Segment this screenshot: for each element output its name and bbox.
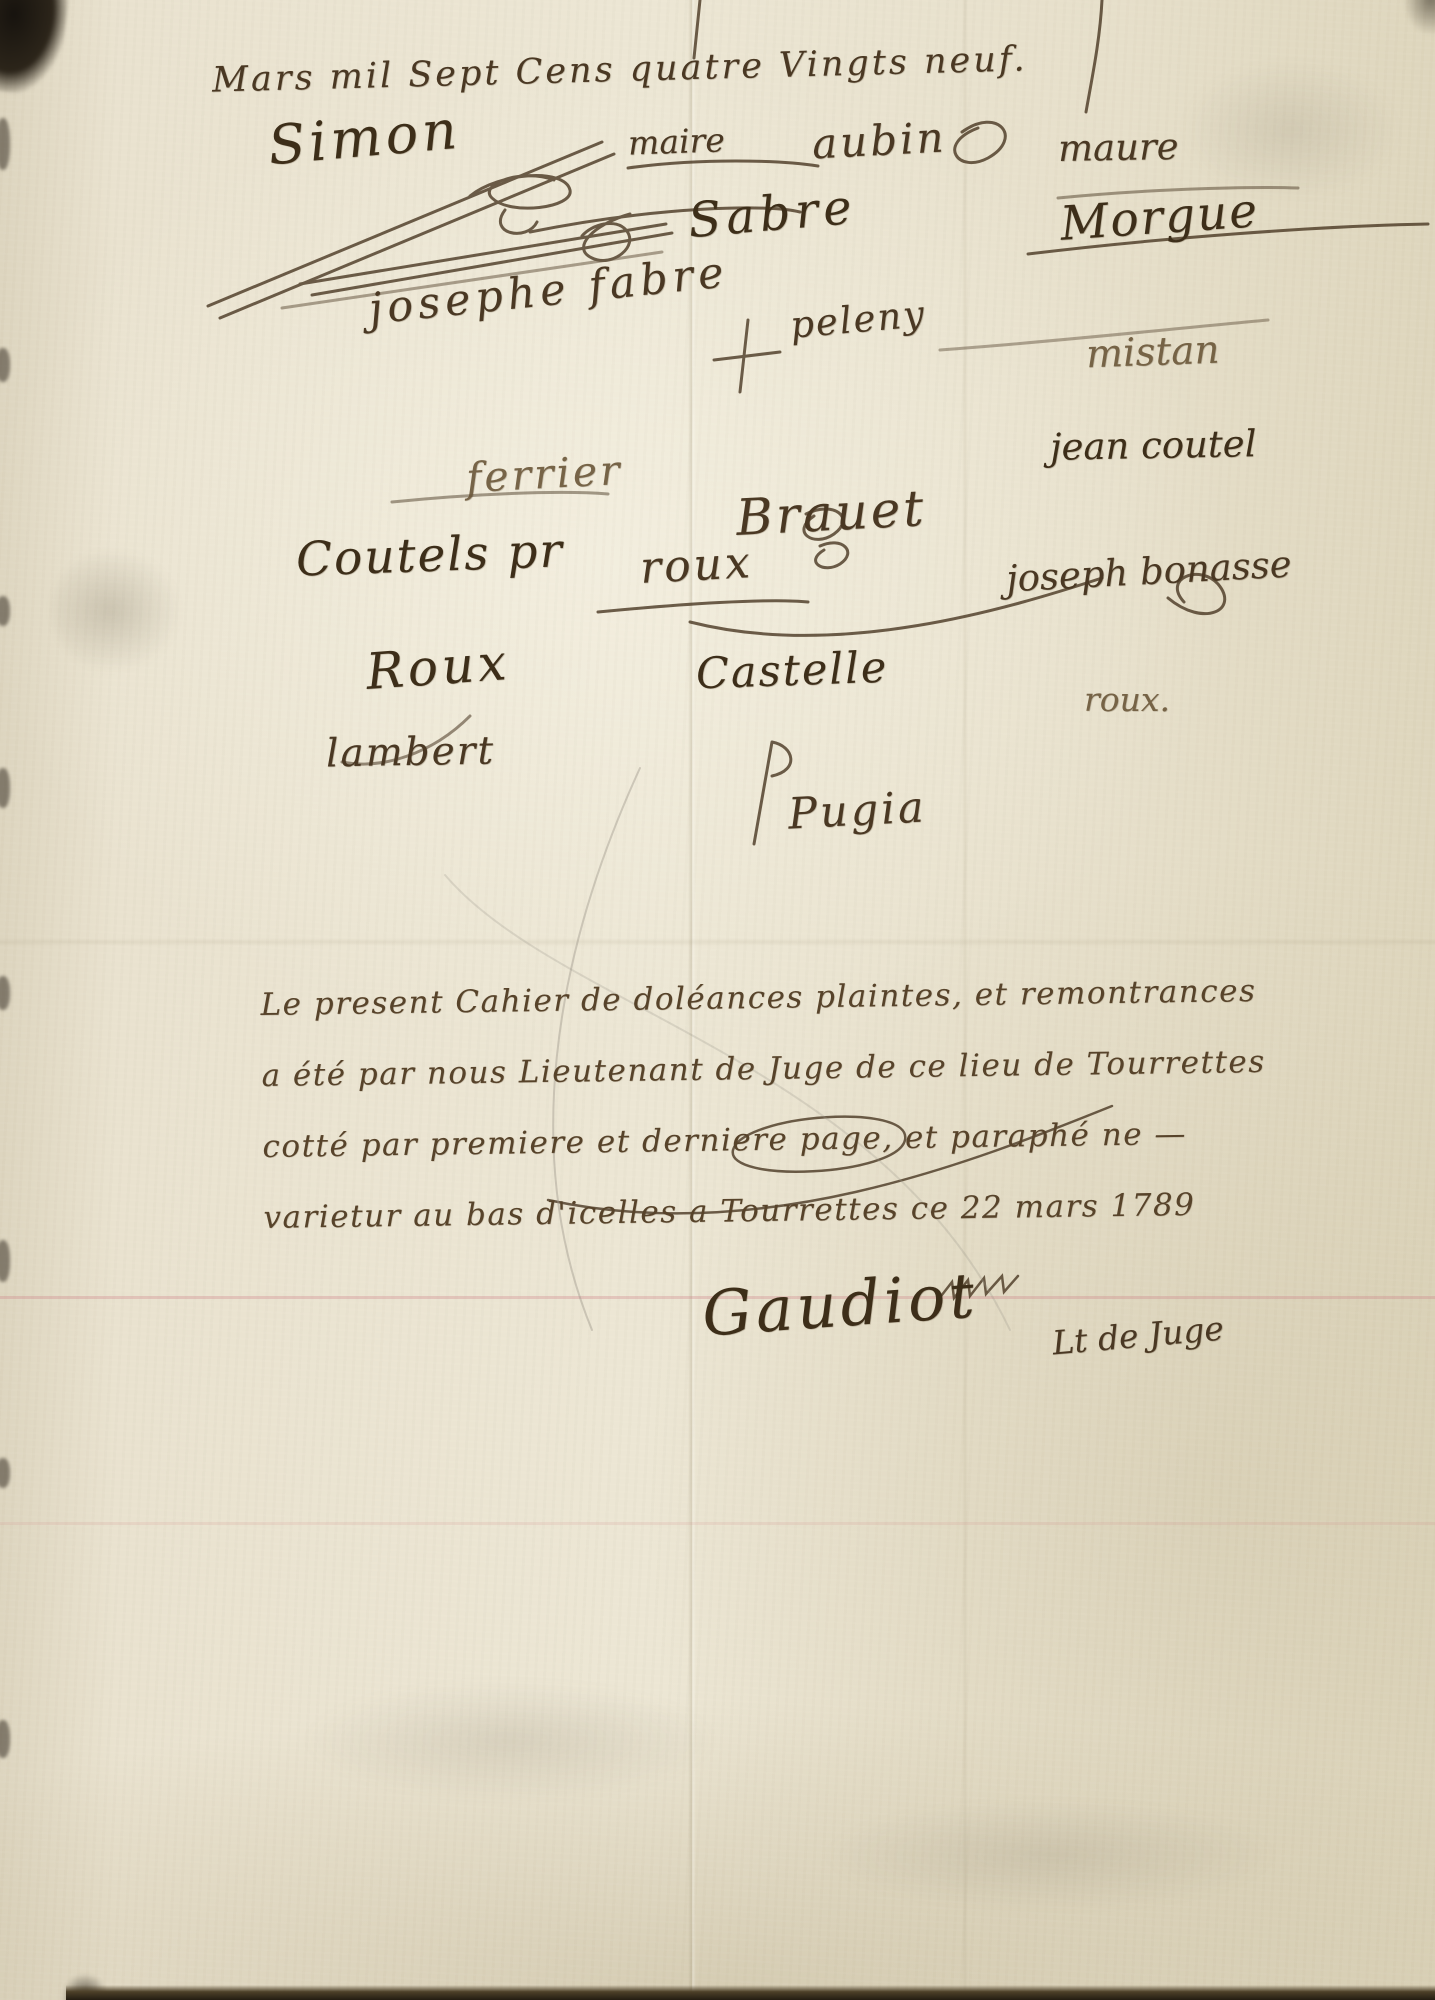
dark-corner-top-right (1403, 0, 1435, 36)
bleedthrough-smudge (1180, 60, 1400, 200)
bleedthrough-smudge (300, 1680, 720, 1800)
bleedthrough-smudge (820, 1800, 1280, 1910)
signature-castelle: Castelle (695, 643, 889, 700)
signature-ferrier: ferrier (465, 446, 624, 502)
signature-roux-right: roux. (1084, 680, 1170, 719)
horizontal-fold-crease (0, 938, 1435, 946)
signature-title-maure: maure (1058, 125, 1179, 170)
signature-pugia: Pugia (787, 782, 928, 839)
ink-stain (52, 548, 182, 673)
signature-roux-middle: roux (639, 537, 754, 594)
manuscript-page: Mars mil Sept Cens quatre Vingts neuf. S… (0, 0, 1435, 2000)
dark-bottom-edge (66, 1985, 1435, 2000)
signature-coutels-pere: Coutels pr (295, 523, 565, 587)
signature-aubin: aubin (811, 113, 948, 169)
signature-jean-coutel: jean coutel (1050, 422, 1257, 469)
ruled-pink-line-faint (0, 1522, 1435, 1525)
signature-roux-left: Roux (364, 633, 512, 701)
signature-lambert: lambert (326, 729, 496, 777)
signature-brauet: Brauet (735, 479, 928, 547)
certification-paragraph: Le present Cahier de doléances plaintes,… (260, 954, 1404, 1254)
signature-title-maire: maire (627, 120, 725, 162)
signature-mistan: mistan (1085, 328, 1220, 378)
